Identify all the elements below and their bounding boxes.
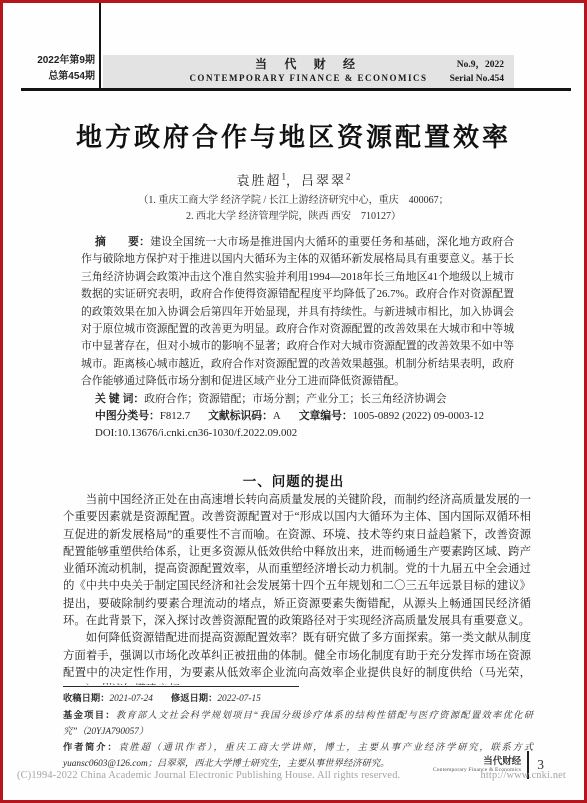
authors-line: 袁胜超1，吕翠翠2 (3, 170, 584, 189)
citation-superscript: [1] (103, 681, 112, 685)
issue-info-left: 2022年第9期 总第454期 (3, 53, 95, 85)
abstract-paragraph: 摘 要：建设全国统一大市场是推进国内大循环的重要任务和基础，深化地方政府合作与破… (81, 234, 514, 391)
section-heading: 一、问题的提出 (3, 470, 584, 490)
article-no-value: 1005-0892 (2022) 09-0003-12 (353, 410, 484, 422)
author-2-name: 吕翠翠 (301, 173, 346, 188)
affiliation-line-1: （1. 重庆工商大学 经济学院 / 长江上游经济研究中心，重庆 400067； (3, 193, 584, 209)
received-date: 2021-07-24 (110, 694, 153, 704)
body-paragraph-2-text: 如何降低资源错配进而提高资源配置效率？既有研究做了多方面探索。第一类文献从制度方… (63, 632, 531, 685)
classification-line: 中图分类号：F812.7文献标识码：A文章编号：1005-0892 (2022)… (81, 408, 514, 425)
doi-line: DOI:10.13676/j.cnki.cn36-1030/f.2022.09.… (81, 425, 514, 436)
author-2-superscript: 2 (346, 172, 351, 182)
issue-en-line2: Serial No.454 (450, 72, 504, 86)
issue-cn-line2: 总第454期 (3, 69, 95, 85)
issue-en-line1: No.9，2022 (450, 58, 504, 72)
footnote-rule (63, 686, 299, 687)
received-label: 收稿日期： (63, 693, 110, 703)
body-paragraph-2-tail: 诸如搭建良好 (112, 684, 180, 685)
header-vertical-divider (99, 3, 101, 88)
abstract-label: 摘 要： (95, 236, 150, 248)
dates-line: 收稿日期：2021-07-24修返日期：2022-07-15 (63, 691, 533, 708)
body-paragraph-1: 当前中国经济正处在由高速增长转向高质量发展的关键阶段，而制约经济高质量发展的一个… (63, 492, 531, 630)
clc-value: F812.7 (160, 410, 190, 422)
fund-line: 基金项目：教育部人文社会科学规划项目“我国分级诊疗体系的结构性错配与医疗资源配置… (63, 708, 533, 741)
journal-page: 2022年第9期 总第454期 当 代 财 经 CONTEMPORARY FIN… (0, 0, 587, 803)
article-title: 地方政府合作与地区资源配置效率 (3, 117, 584, 154)
clc-label: 中图分类号： (95, 410, 160, 422)
author-1-name: 袁胜超 (236, 173, 281, 188)
doc-code-value: A (273, 410, 281, 422)
fund-text: 教育部人文社会科学规划项目“我国分级诊疗体系的结构性错配与医疗资源配置效率优化研… (63, 711, 533, 737)
article-no-label: 文章编号： (299, 410, 353, 422)
footer-journal-cn: 当代财经 (433, 757, 521, 767)
affiliations: （1. 重庆工商大学 经济学院 / 长江上游经济研究中心，重庆 400067； … (3, 193, 584, 224)
keywords-line: 关 键 词：政府合作；资源错配；市场分割；产业分工；长三角经济协调会 (81, 391, 514, 408)
header-rule (21, 88, 571, 91)
body-paragraph-2: 如何降低资源错配进而提高资源配置效率？既有研究做了多方面探索。第一类文献从制度方… (63, 630, 531, 685)
copyright-text: (C)1994-2022 China Academic Journal Elec… (17, 770, 400, 781)
abstract-text: 建设全国统一大市场是推进国内大循环的重要任务和基础，深化地方政府合作与破除地方保… (81, 236, 514, 387)
copyright-line: (C)1994-2022 China Academic Journal Elec… (17, 770, 566, 781)
journal-header-band: 当 代 财 经 CONTEMPORARY FINANCE & ECONOMICS… (103, 55, 514, 88)
affiliation-line-2: 2. 西北大学 经济管理学院，陕西 西安 710127） (3, 209, 584, 225)
abstract-block: 摘 要：建设全国统一大市场是推进国内大循环的重要任务和基础，深化地方政府合作与破… (81, 234, 514, 436)
issue-cn-line1: 2022年第9期 (3, 53, 95, 69)
keywords-text: 政府合作；资源错配；市场分割；产业分工；长三角经济协调会 (144, 393, 446, 405)
author-separator: ， (286, 173, 301, 188)
bio-label: 作者简介： (63, 742, 118, 752)
doc-code-label: 文献标识码： (208, 410, 273, 422)
revised-label: 修返日期： (171, 693, 218, 703)
cnki-url: http://www.cnki.net (481, 770, 567, 781)
issue-info-right: No.9，2022 Serial No.454 (450, 58, 504, 86)
fund-label: 基金项目： (63, 710, 116, 720)
revised-date: 2022-07-15 (217, 694, 260, 704)
body-text: 当前中国经济正处在由高速增长转向高质量发展的关键阶段，而制约经济高质量发展的一个… (63, 492, 531, 685)
keywords-label: 关 键 词： (95, 393, 144, 405)
